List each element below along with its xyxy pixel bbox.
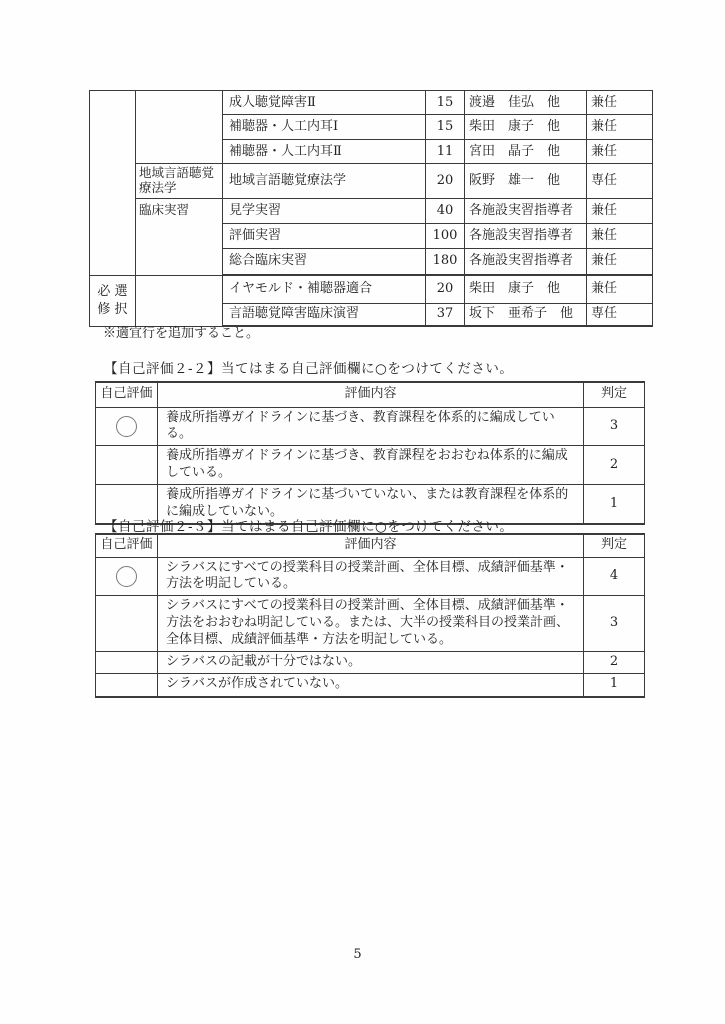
eval-grade-cell: 3 [584, 596, 645, 652]
course-name-cell: イヤモルド・補聴器適合 [223, 275, 426, 303]
course-name-cell: 地域言語聴覚療法学 [223, 164, 426, 199]
eval-content-cell: シラバスにすべての授業科目の授業計画、全体目標、成績評価基準・方法を明記している… [158, 557, 584, 596]
hours-cell: 20 [426, 164, 465, 199]
eval-header-content: 評価内容 [158, 534, 584, 557]
self-eval-mark-cell [96, 407, 158, 446]
eval-grade-cell: 4 [584, 557, 645, 596]
eval-content-cell: 養成所指導ガイドラインに基づき、教育課程をおおむね体系的に編成している。 [158, 446, 584, 485]
self-eval-2-2-table: 自己評価 評価内容 判定 養成所指導ガイドラインに基づき、教育課程を体系的に編成… [95, 381, 645, 525]
status-cell: 専任 [587, 303, 653, 326]
course-name-cell: 成人聴覚障害Ⅱ [223, 91, 426, 115]
eval-header-self: 自己評価 [96, 382, 158, 407]
note-add-rows: ※適宜行を追加すること。 [103, 322, 259, 341]
status-cell: 専任 [587, 164, 653, 199]
self-eval-mark-cell [96, 557, 158, 596]
eval-grade-cell: 1 [584, 674, 645, 697]
course-name-cell: 総合臨床実習 [223, 248, 426, 275]
instructor-cell: 柴田 康子 他 [465, 115, 587, 140]
hours-cell: 11 [426, 140, 465, 164]
instructor-cell: 坂下 亜希子 他 [465, 303, 587, 326]
status-cell: 兼任 [587, 140, 653, 164]
status-cell: 兼任 [587, 223, 653, 248]
instructor-cell: 各施設実習指導者 [465, 248, 587, 275]
eval-grade-cell: 1 [584, 485, 645, 524]
category-cell-clinical: 臨床実習 [136, 198, 223, 275]
hours-cell: 15 [426, 115, 465, 140]
course-name-cell: 見学実習 [223, 198, 426, 223]
hours-cell: 20 [426, 275, 465, 303]
eval-grade-cell: 3 [584, 407, 645, 446]
course-name-cell: 補聴器・人工内耳Ⅱ [223, 140, 426, 164]
selected-circle-mark [116, 566, 137, 587]
requirement-label-line1: 必 選 [92, 283, 133, 301]
status-cell: 兼任 [587, 91, 653, 115]
eval-header-grade: 判定 [584, 534, 645, 557]
self-eval-mark-cell [96, 596, 158, 652]
self-eval-2-2-heading: 【自己評価２-２】当てはまる自己評価欄に○をつけてください。 [104, 357, 513, 377]
instructor-cell: 宮田 晶子 他 [465, 140, 587, 164]
requirement-label-line2: 修 択 [92, 301, 133, 319]
instructor-cell: 柴田 康子 他 [465, 275, 587, 303]
category-cell-empty [136, 91, 223, 164]
eval-content-cell: 養成所指導ガイドラインに基づき、教育課程を体系的に編成している。 [158, 407, 584, 446]
instructor-cell: 各施設実習指導者 [465, 223, 587, 248]
document-page: { "colors": { "border": "#3a3a3a", "text… [0, 0, 725, 1024]
self-eval-2-3-table: 自己評価 評価内容 判定 シラバスにすべての授業科目の授業計画、全体目標、成績評… [95, 533, 645, 698]
requirement-cell-empty [90, 91, 136, 276]
eval-grade-cell: 2 [584, 652, 645, 674]
eval-header-self: 自己評価 [96, 534, 158, 557]
hours-cell: 180 [426, 248, 465, 275]
hours-cell: 40 [426, 198, 465, 223]
curriculum-table: 成人聴覚障害Ⅱ 15 渡邉 佳弘 他 兼任 補聴器・人工内耳Ⅰ 15 柴田 康子… [89, 90, 653, 327]
selected-circle-mark [116, 416, 137, 437]
course-name-cell: 評価実習 [223, 223, 426, 248]
category-cell-regional: 地域言語聴覚療法学 [136, 164, 223, 199]
status-cell: 兼任 [587, 115, 653, 140]
eval-content-cell: シラバスの記載が十分ではない。 [158, 652, 584, 674]
self-eval-2-3-heading: 【自己評価２-３】当てはまる自己評価欄に○をつけてください。 [104, 515, 513, 535]
eval-grade-cell: 2 [584, 446, 645, 485]
status-cell: 兼任 [587, 198, 653, 223]
course-name-cell: 補聴器・人工内耳Ⅰ [223, 115, 426, 140]
eval-header-content: 評価内容 [158, 382, 584, 407]
status-cell: 兼任 [587, 275, 653, 303]
self-eval-mark-cell [96, 674, 158, 697]
hours-cell: 15 [426, 91, 465, 115]
category-cell-empty [136, 275, 223, 326]
self-eval-mark-cell [96, 652, 158, 674]
page-number: 5 [0, 947, 715, 962]
hours-cell: 100 [426, 223, 465, 248]
hours-cell: 37 [426, 303, 465, 326]
requirement-label-cell: 必 選 修 択 [90, 275, 136, 326]
status-cell: 兼任 [587, 248, 653, 275]
eval-content-cell: シラバスにすべての授業科目の授業計画、全体目標、成績評価基準・方法をおおむね明記… [158, 596, 584, 652]
eval-header-grade: 判定 [584, 382, 645, 407]
instructor-cell: 渡邉 佳弘 他 [465, 91, 587, 115]
self-eval-mark-cell [96, 446, 158, 485]
eval-content-cell: シラバスが作成されていない。 [158, 674, 584, 697]
instructor-cell: 各施設実習指導者 [465, 198, 587, 223]
instructor-cell: 阪野 雄一 他 [465, 164, 587, 199]
